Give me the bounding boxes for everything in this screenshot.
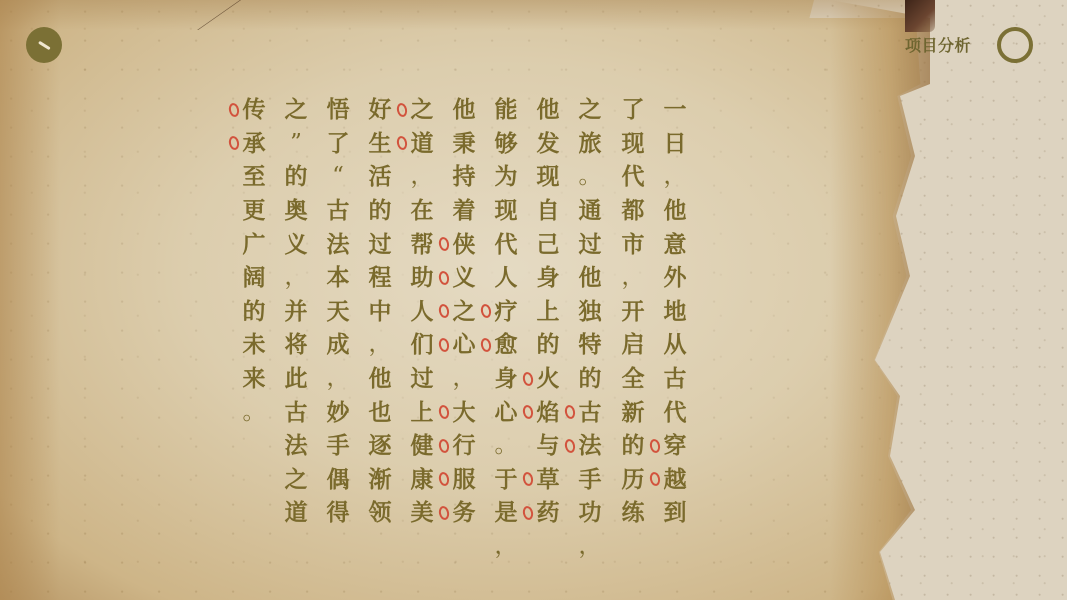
story-character: 好	[365, 93, 395, 127]
story-character: 至	[239, 160, 269, 194]
story-character: 过	[575, 227, 605, 261]
story-character: 发	[533, 127, 563, 161]
story-character: 上	[407, 395, 437, 429]
story-character: 活	[365, 160, 395, 194]
story-character: 他	[449, 93, 479, 127]
story-character: 之	[407, 93, 437, 127]
story-character: 义	[449, 261, 479, 295]
story-character: 中	[365, 295, 395, 329]
left-edge-stain	[0, 0, 60, 600]
story-character: 也	[365, 395, 395, 429]
story-character: 特	[575, 328, 605, 362]
story-character: 练	[618, 496, 648, 530]
text-column: 一日，他意外地从古代穿越到	[660, 93, 690, 530]
story-character: 代	[618, 160, 648, 194]
story-character: 越	[660, 463, 690, 497]
story-character: 了	[618, 93, 648, 127]
story-character: ，	[365, 328, 395, 362]
story-character: 们	[407, 328, 437, 362]
story-character: 法	[323, 227, 353, 261]
story-character: 己	[533, 227, 563, 261]
story-character: 天	[323, 295, 353, 329]
story-character: ，	[491, 530, 521, 564]
story-character: 药	[533, 496, 563, 530]
story-character: ”	[281, 127, 311, 161]
story-character: 都	[618, 194, 648, 228]
story-character: 全	[618, 362, 648, 396]
story-character: 焰	[533, 395, 563, 429]
story-character: 草	[533, 463, 563, 497]
story-character: 之	[281, 463, 311, 497]
story-character: 过	[407, 362, 437, 396]
story-character: 承	[239, 127, 269, 161]
story-character: ，	[449, 362, 479, 396]
story-character: 现	[533, 160, 563, 194]
story-character: 愈	[491, 328, 521, 362]
story-character: 于	[491, 463, 521, 497]
story-character: 帮	[407, 227, 437, 261]
story-character: 。	[575, 160, 605, 194]
story-character: 持	[449, 160, 479, 194]
back-stroke-icon	[38, 40, 50, 49]
story-character: 之	[281, 93, 311, 127]
story-character: 穿	[660, 429, 690, 463]
text-column: 他发现自己身上的火焰与草药	[533, 93, 563, 530]
story-character: “	[323, 160, 353, 194]
story-character: 他	[365, 362, 395, 396]
story-character: 成	[323, 328, 353, 362]
story-character: 程	[365, 261, 395, 295]
story-character: 。	[239, 395, 269, 429]
story-character: 历	[618, 463, 648, 497]
story-character: 的	[281, 160, 311, 194]
story-character: 领	[365, 496, 395, 530]
story-character: 之	[449, 295, 479, 329]
story-character: 疗	[491, 295, 521, 329]
story-character: 的	[575, 362, 605, 396]
story-character: 古	[281, 395, 311, 429]
story-character: 着	[449, 194, 479, 228]
story-character: 通	[575, 194, 605, 228]
top-crease	[0, 0, 930, 30]
story-character: 意	[660, 227, 690, 261]
text-column: 传承至更广阔的未来。	[239, 93, 269, 429]
story-character: 到	[660, 496, 690, 530]
story-character: 未	[239, 328, 269, 362]
story-character: 健	[407, 429, 437, 463]
story-character: ，	[660, 160, 690, 194]
story-character: 传	[239, 93, 269, 127]
story-character: 手	[575, 463, 605, 497]
story-character: ，	[281, 261, 311, 295]
story-character: 服	[449, 463, 479, 497]
story-character: 一	[660, 93, 690, 127]
story-character: 更	[239, 194, 269, 228]
story-character: 现	[618, 127, 648, 161]
story-character: 助	[407, 261, 437, 295]
story-character: 奥	[281, 194, 311, 228]
story-character: 身	[491, 362, 521, 396]
story-character: 古	[323, 194, 353, 228]
project-analysis-link[interactable]: 项目分析	[905, 33, 971, 56]
text-column: 好生活的过程中，他也逐渐领	[365, 93, 395, 530]
story-character: 启	[618, 328, 648, 362]
story-character: 自	[533, 194, 563, 228]
story-character: 的	[533, 328, 563, 362]
story-character: 过	[365, 227, 395, 261]
story-character: 大	[449, 395, 479, 429]
story-character: 心	[449, 328, 479, 362]
story-character: 广	[239, 227, 269, 261]
story-character: 法	[281, 429, 311, 463]
story-character: 日	[660, 127, 690, 161]
story-character: 心	[491, 395, 521, 429]
story-character: 人	[407, 295, 437, 329]
story-character: 与	[533, 429, 563, 463]
circle-ring-icon[interactable]	[997, 27, 1033, 63]
story-character: 秉	[449, 127, 479, 161]
story-character: 偶	[323, 463, 353, 497]
story-character: ，	[407, 160, 437, 194]
story-character: 外	[660, 261, 690, 295]
story-character: 他	[575, 261, 605, 295]
burn-mark	[905, 0, 935, 32]
story-character: 将	[281, 328, 311, 362]
story-character: 行	[449, 429, 479, 463]
story-character: 他	[533, 93, 563, 127]
story-character: 的	[365, 194, 395, 228]
story-character: 渐	[365, 463, 395, 497]
text-column: 他秉持着侠义之心，大行服务	[449, 93, 479, 530]
story-character: 从	[660, 328, 690, 362]
story-character: 旅	[575, 127, 605, 161]
story-character: 义	[281, 227, 311, 261]
story-character: 古	[575, 395, 605, 429]
story-character: 能	[491, 93, 521, 127]
story-character: 代	[491, 227, 521, 261]
story-character: 侠	[449, 227, 479, 261]
story-character: 了	[323, 127, 353, 161]
story-character: 得	[323, 496, 353, 530]
story-character: 人	[491, 261, 521, 295]
story-character: 火	[533, 362, 563, 396]
text-column: 悟了“古法本天成，妙手偶得	[323, 93, 353, 530]
story-character: 是	[491, 496, 521, 530]
story-character: 务	[449, 496, 479, 530]
story-character: 够	[491, 127, 521, 161]
story-character: 悟	[323, 93, 353, 127]
story-character: 道	[407, 127, 437, 161]
text-column: 之旅。通过他独特的古法手功，	[575, 93, 605, 563]
story-character: 为	[491, 160, 521, 194]
story-character: 代	[660, 395, 690, 429]
story-character: 新	[618, 395, 648, 429]
story-character: ，	[575, 530, 605, 564]
story-character: 生	[365, 127, 395, 161]
story-character: 逐	[365, 429, 395, 463]
back-button[interactable]	[26, 27, 62, 63]
story-character: 康	[407, 463, 437, 497]
story-character: ，	[323, 362, 353, 396]
story-character: 上	[533, 295, 563, 329]
story-character: 道	[281, 496, 311, 530]
story-character: 地	[660, 295, 690, 329]
story-character: 之	[575, 93, 605, 127]
story-character: 的	[618, 429, 648, 463]
text-column: 之”的奥义，并将此古法之道	[281, 93, 311, 530]
story-character: 妙	[323, 395, 353, 429]
story-character: 独	[575, 295, 605, 329]
text-column: 能够为现代人疗愈身心。于是，	[491, 93, 521, 563]
story-character: 他	[660, 194, 690, 228]
story-character: 。	[491, 429, 521, 463]
story-character: 法	[575, 429, 605, 463]
story-character: 本	[323, 261, 353, 295]
story-character: 功	[575, 496, 605, 530]
story-character: 在	[407, 194, 437, 228]
story-character: ，	[618, 261, 648, 295]
story-character: 现	[491, 194, 521, 228]
story-character: 美	[407, 496, 437, 530]
story-character: 并	[281, 295, 311, 329]
story-character: 古	[660, 362, 690, 396]
text-column: 了现代都市，开启全新的历练	[618, 93, 648, 530]
text-column: 之道，在帮助人们过上健康美	[407, 93, 437, 530]
story-character: 此	[281, 362, 311, 396]
story-character: 市	[618, 227, 648, 261]
story-character: 的	[239, 295, 269, 329]
story-character: 手	[323, 429, 353, 463]
story-character: 身	[533, 261, 563, 295]
story-character: 开	[618, 295, 648, 329]
story-character: 来	[239, 362, 269, 396]
story-character: 阔	[239, 261, 269, 295]
